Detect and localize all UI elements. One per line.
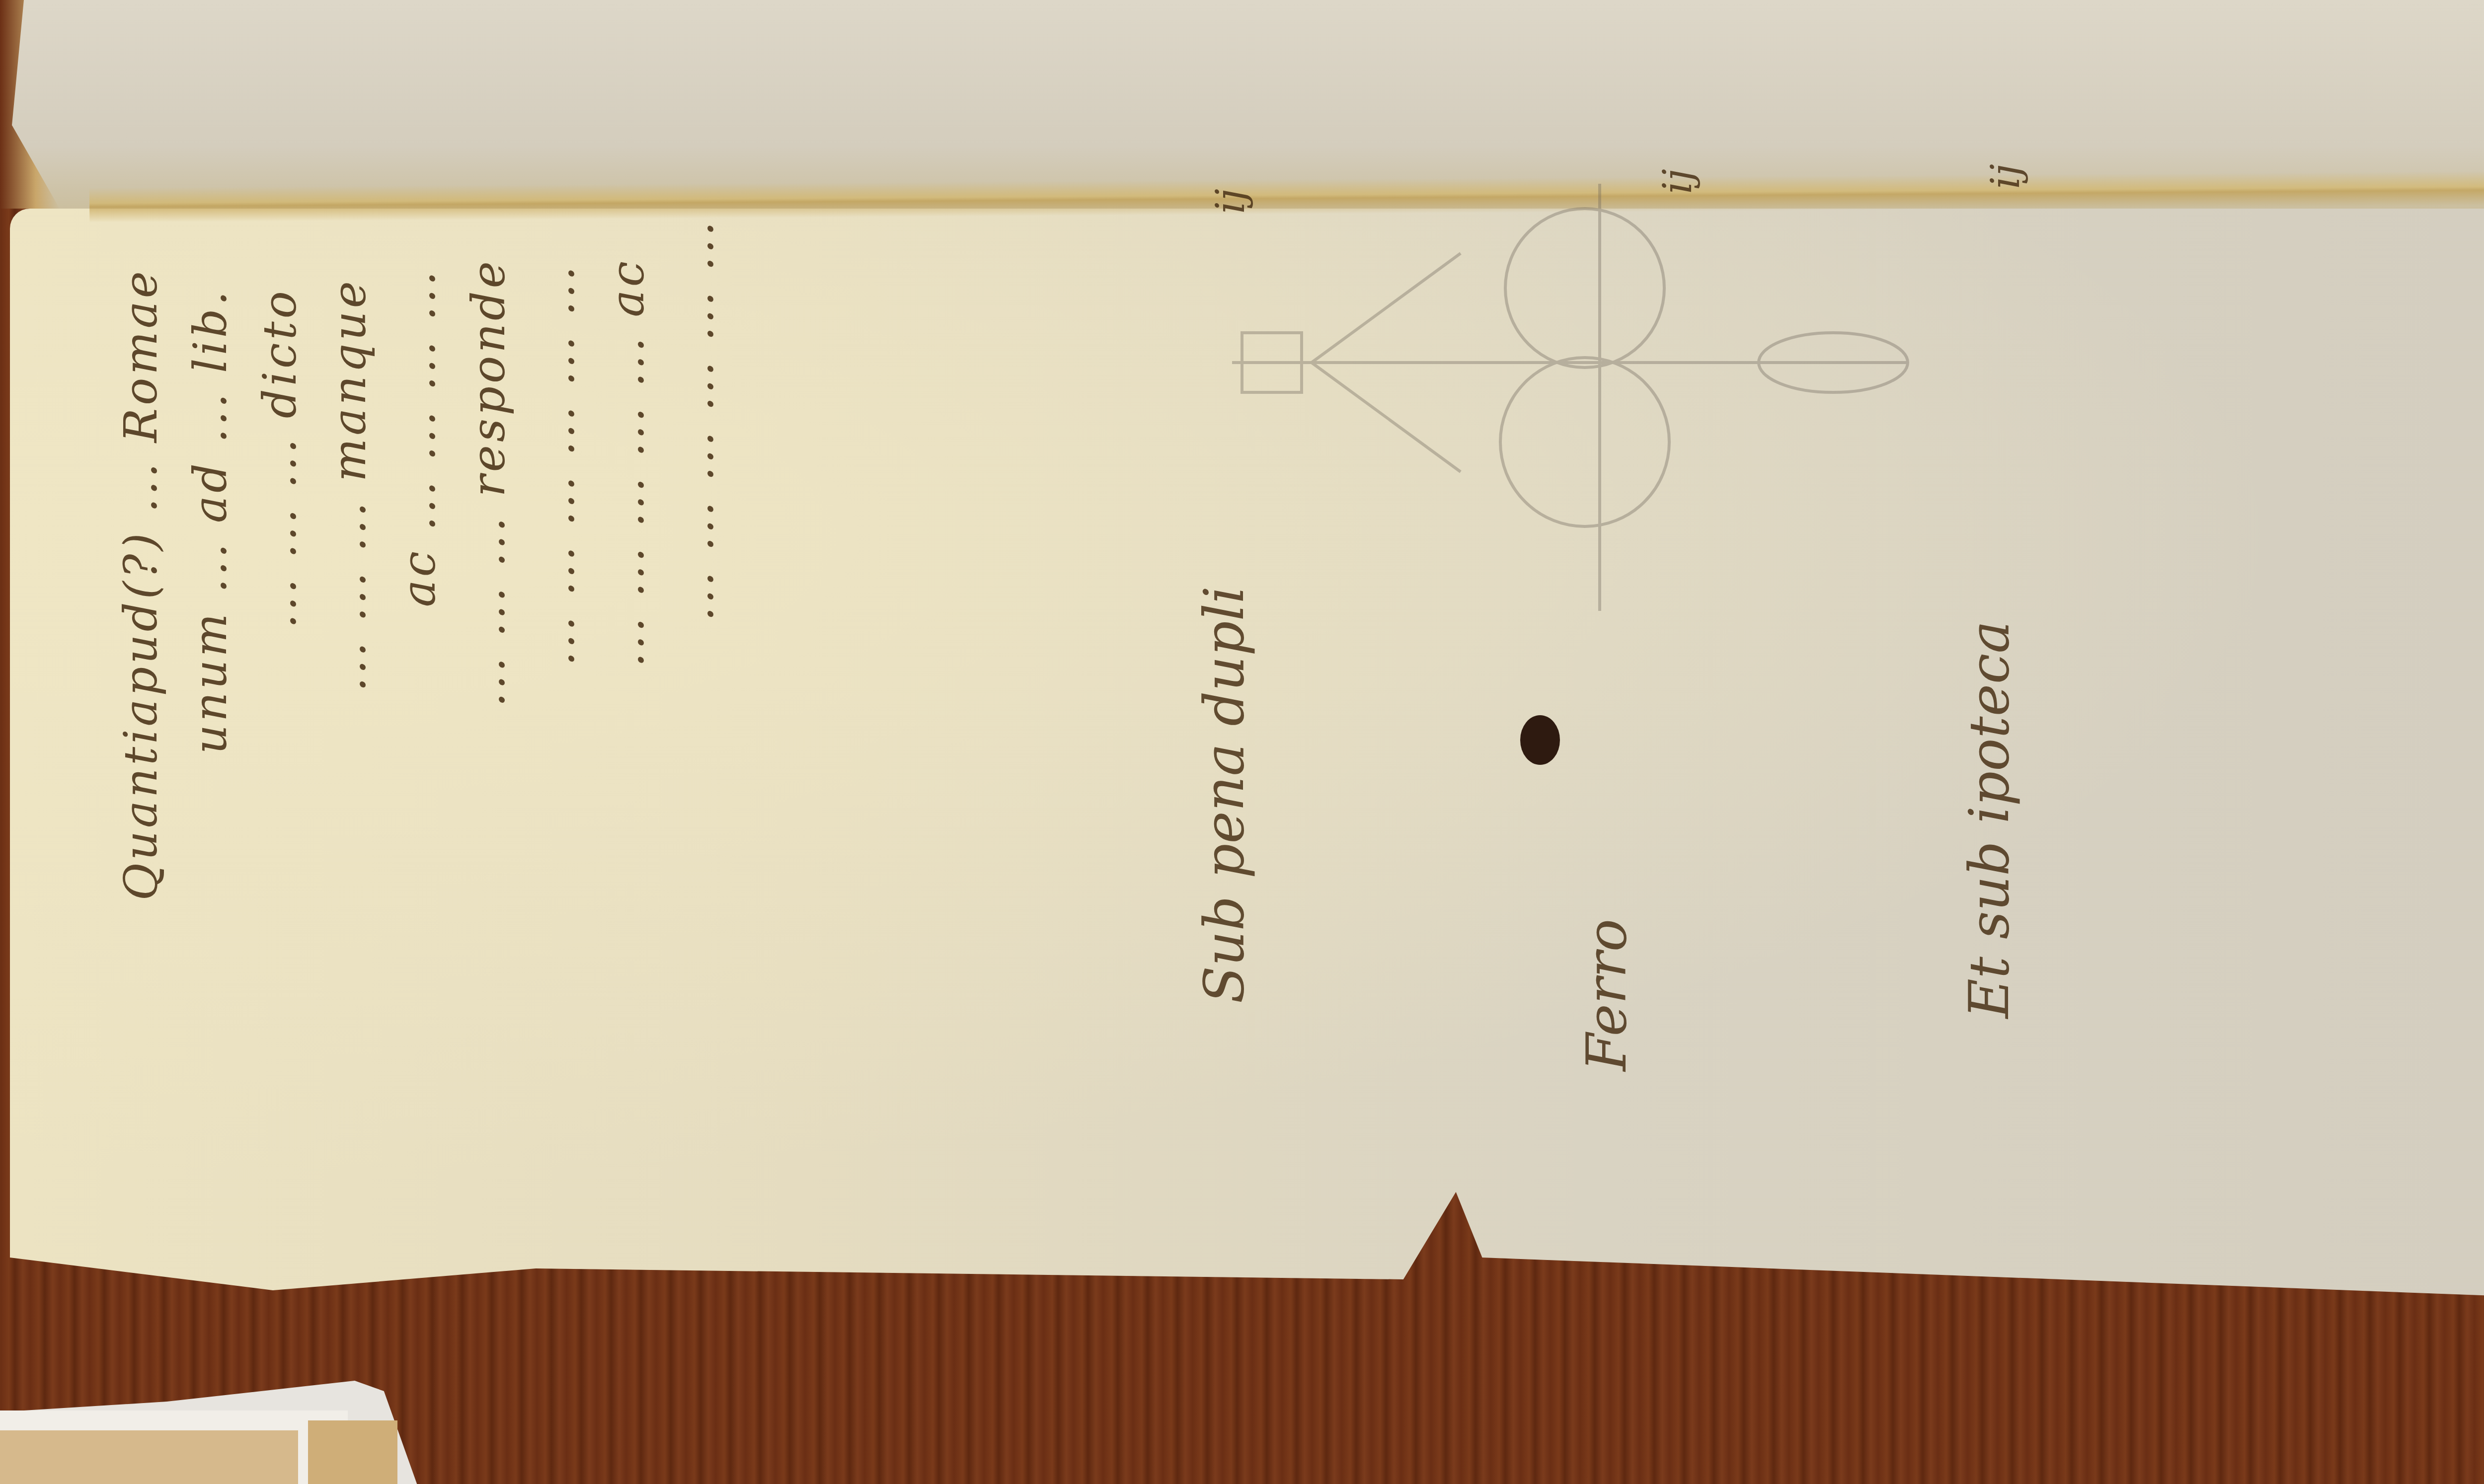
text-line: ... ... ... dicto	[253, 288, 307, 628]
text-line: ... ... ... ... ... ...	[532, 263, 585, 666]
text-line: Quantiapud(?) ... Romae	[114, 268, 167, 901]
handwritten-paragraph: Quantiapud(?) ... Romae unum ... ad ... …	[114, 219, 810, 1162]
paper-stack	[0, 1341, 427, 1484]
sheet	[308, 1420, 397, 1484]
entry-sub-pena-dupli: Sub pena dupli	[1192, 586, 1256, 1004]
entry-et-sub-ipoteca: Et sub ipoteca	[1957, 621, 2021, 1018]
text-line: unum ... ad ... lib.	[184, 288, 237, 754]
entry-number: ij	[1654, 169, 1701, 194]
entry-ferro: Ferro	[1575, 919, 1638, 1071]
text-line: ... ... ... ... ... ac	[601, 258, 654, 667]
manuscript-photo: Quantiapud(?) ... Romae unum ... ad ... …	[0, 0, 2484, 1484]
ink-blot	[1520, 715, 1560, 765]
entry-number: ij	[1207, 189, 1253, 214]
entry-number: ij	[1982, 164, 2028, 189]
text-line: ... ... ... manque	[323, 278, 376, 692]
text-line: ... ... ... ... ... ...	[671, 219, 724, 621]
text-line: ... ... ... responde	[462, 258, 515, 707]
text-line: ac ... ... ... ...	[392, 268, 446, 607]
pencil-sketch-icon	[1212, 164, 1957, 611]
sheet	[0, 1430, 298, 1484]
